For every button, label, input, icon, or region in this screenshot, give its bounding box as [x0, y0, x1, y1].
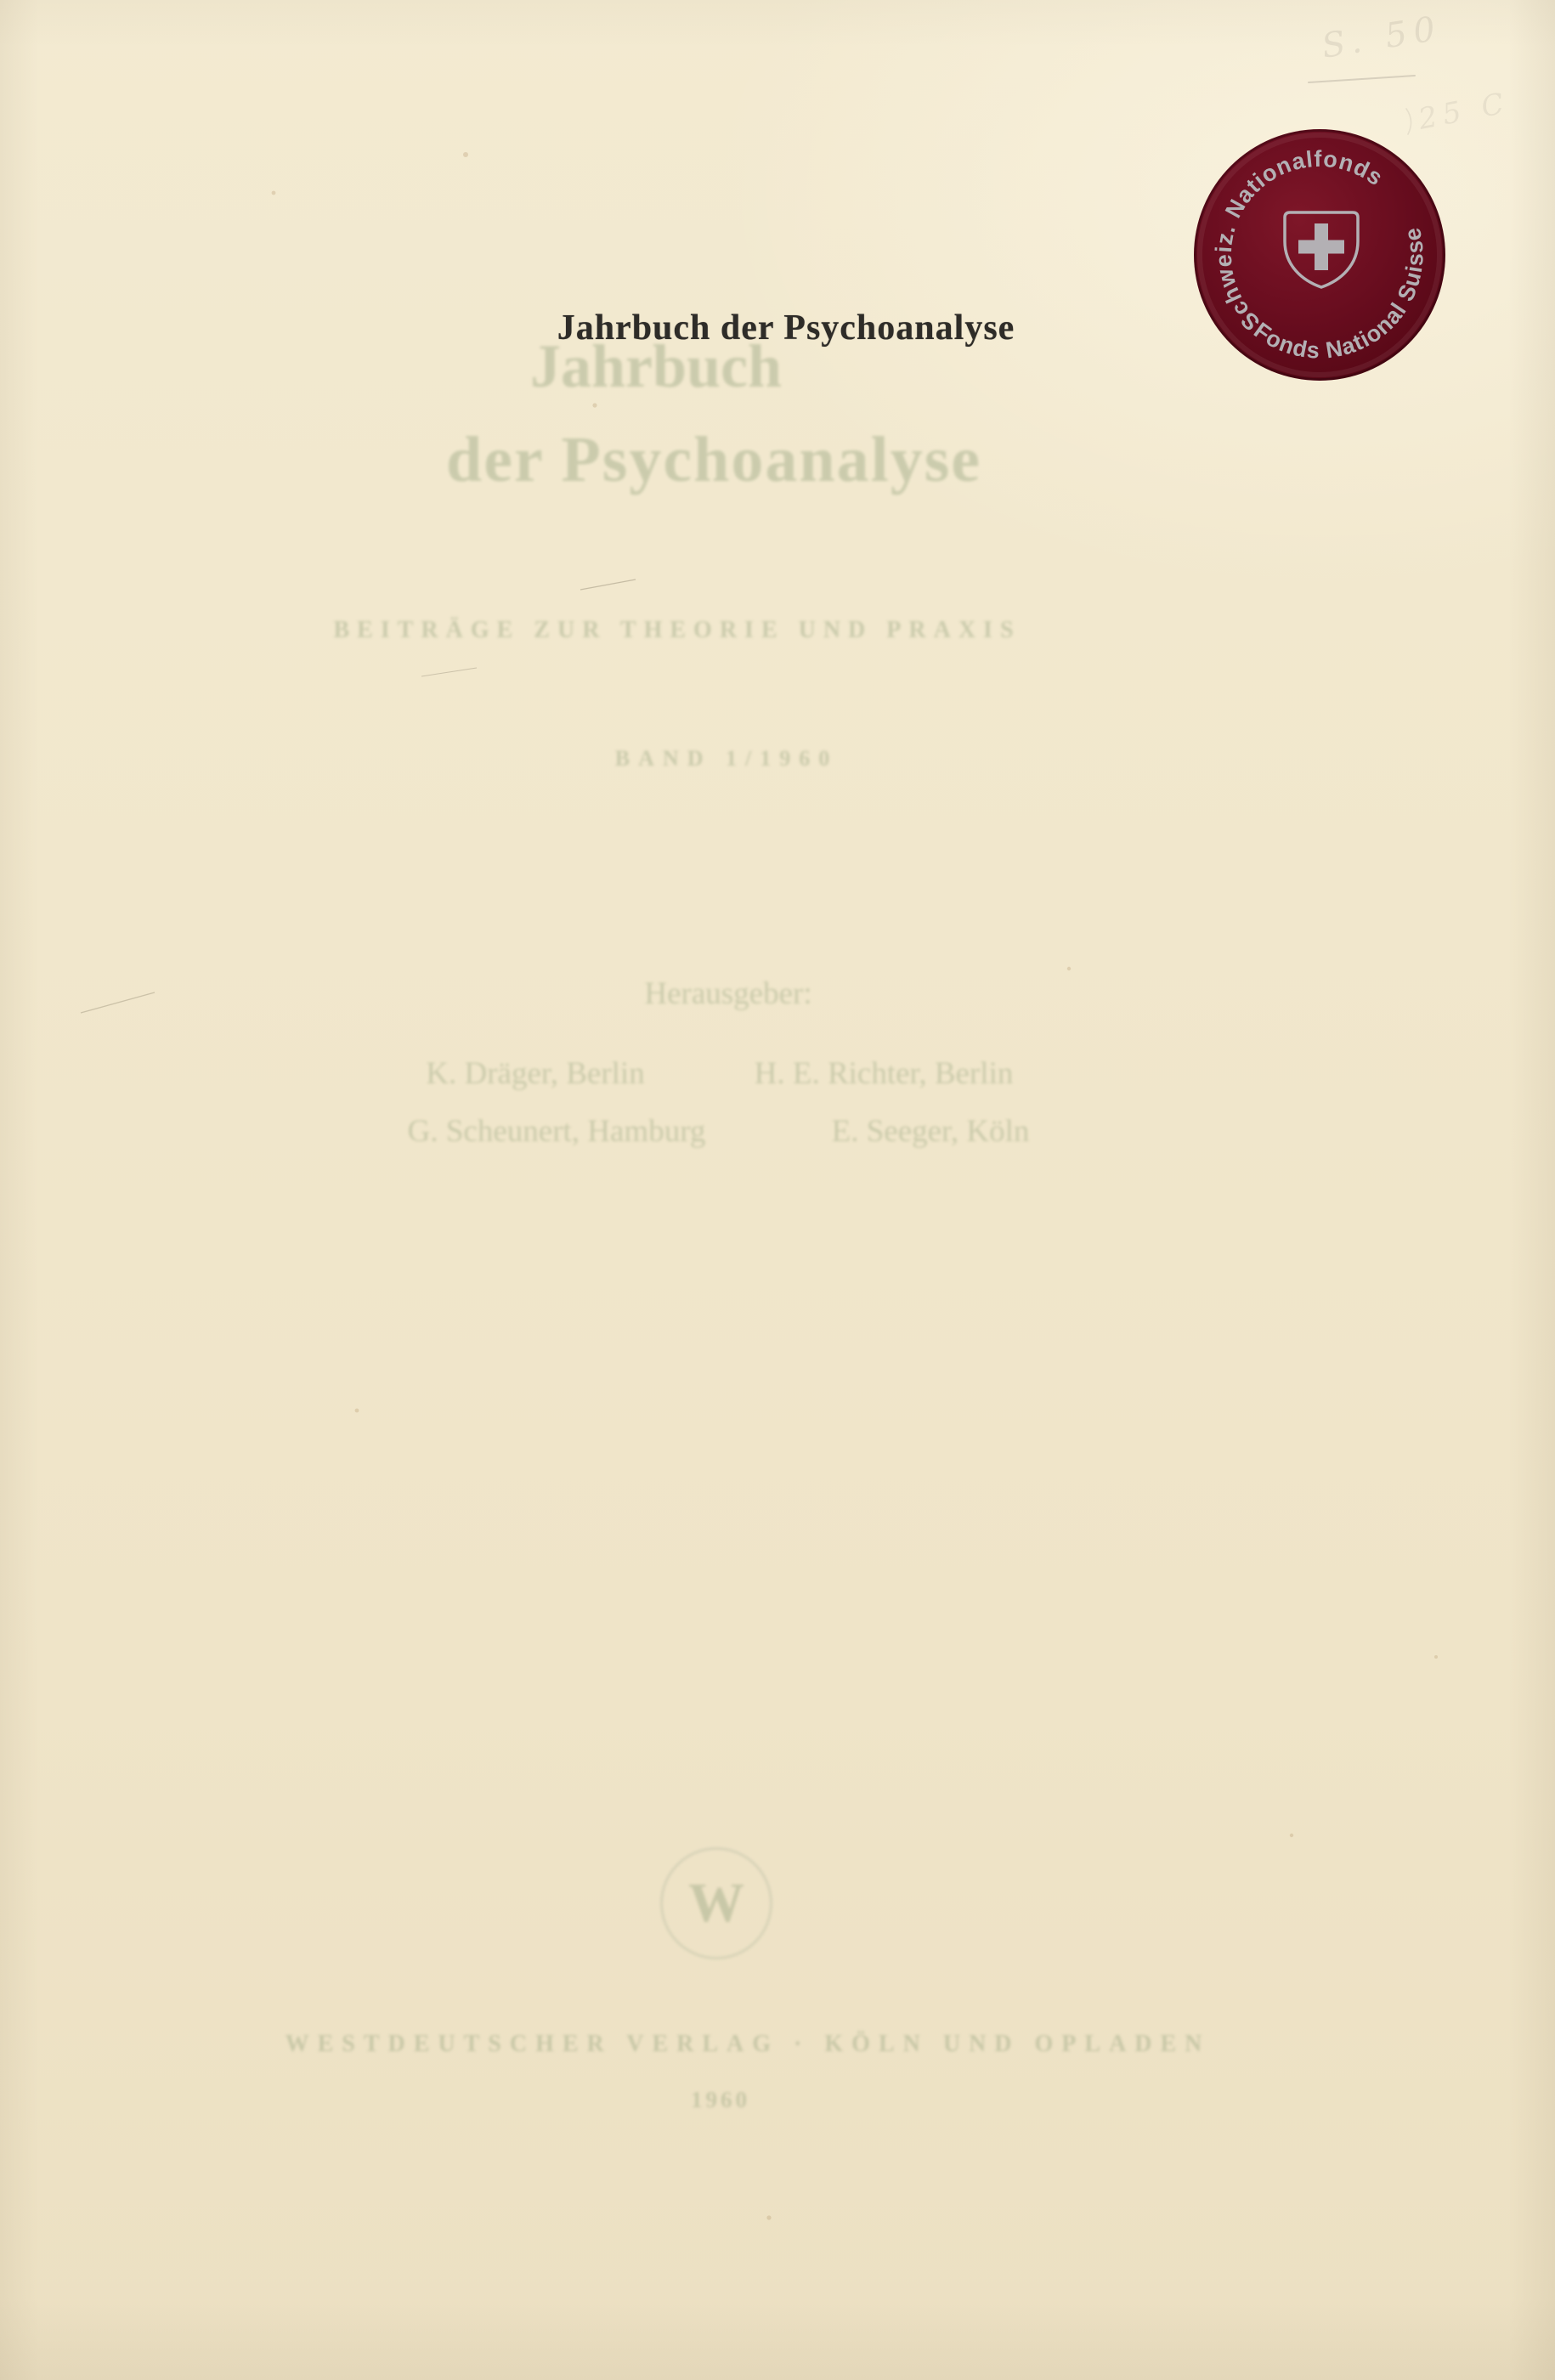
showthrough-series-subtitle: BEITRÄGE ZUR THEORIE UND PRAXIS — [252, 617, 1102, 644]
scratch-mark — [81, 992, 155, 1013]
showthrough-editor-3: G. Scheunert, Hamburg — [353, 1113, 761, 1150]
showthrough-editors-heading: Herausgeber: — [558, 975, 898, 1012]
pencil-strikethrough — [1309, 76, 1415, 82]
showthrough-volume: BAND 1/1960 — [472, 746, 981, 772]
showthrough-editor-1: K. Dräger, Berlin — [387, 1055, 684, 1092]
pencil-note-top: S. 50 — [1319, 8, 1445, 66]
scratch-mark — [580, 579, 636, 590]
showthrough-editor-2: H. E. Richter, Berlin — [718, 1055, 1049, 1092]
showthrough-title-line2: der Psychoanalyse — [289, 423, 1139, 497]
snf-sticker: Schweiz. Nationalfonds Fonds National Su… — [1181, 116, 1462, 397]
book-page-scan: Jahrbuch der Psychoanalyse BEITRÄGE ZUR … — [0, 0, 1555, 2380]
publisher-monogram: W — [688, 1871, 744, 1936]
showthrough-imprint: WESTDEUTSCHER VERLAG · KÖLN UND OPLADEN — [238, 2031, 1258, 2058]
showthrough-publisher-logo: W — [660, 1847, 772, 1959]
half-title-text: Jahrbuch der Psychoanalyse — [505, 308, 1067, 348]
showthrough-year: 1960 — [593, 2087, 848, 2113]
scratch-mark — [421, 668, 477, 676]
showthrough-editor-4: E. Seeger, Köln — [803, 1113, 1058, 1150]
